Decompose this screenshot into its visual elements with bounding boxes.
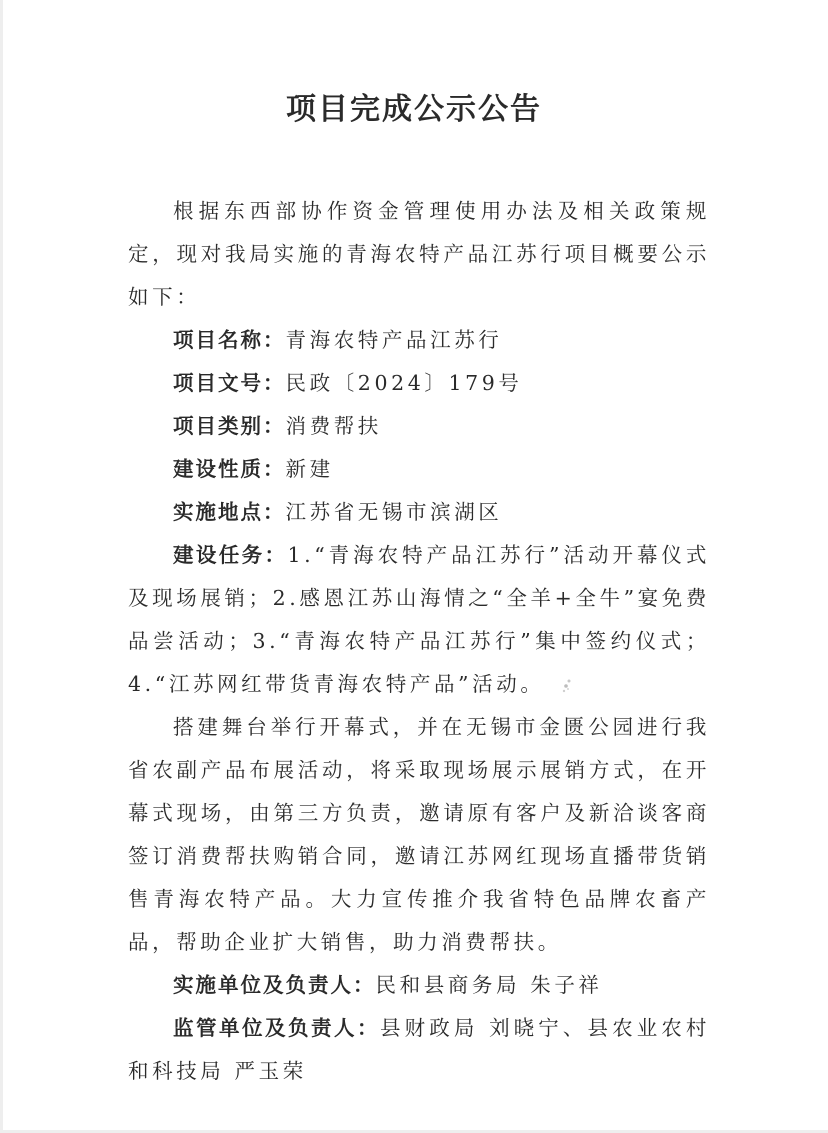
field-label: 实施地点： — [173, 500, 286, 524]
field-label: 建设任务： — [173, 543, 287, 567]
field-label: 项目名称： — [173, 328, 286, 352]
field-label: 建设性质： — [173, 457, 286, 481]
field-construction-tasks: 建设任务：1.“青海农特产品江苏行”活动开幕仪式及现场展销；2.感恩江苏山海情之… — [128, 534, 710, 706]
field-value: 民政〔2024〕179号 — [286, 371, 523, 395]
page-edge — [0, 0, 3, 1133]
field-implementing-unit: 实施单位及负责人：民和县商务局 朱子祥 — [128, 964, 710, 1007]
scan-smudge — [560, 678, 574, 696]
field-label: 项目文号： — [173, 371, 286, 395]
field-project-category: 项目类别：消费帮扶 — [128, 405, 710, 448]
field-label: 项目类别： — [173, 414, 286, 438]
field-label: 监管单位及负责人： — [173, 1016, 380, 1040]
document-body: 根据东西部协作资金管理使用办法及相关政策规定，现对我局实施的青海农特产品江苏行项… — [128, 190, 710, 1093]
field-value: 江苏省无锡市滨湖区 — [286, 500, 503, 524]
field-value: 新建 — [286, 457, 334, 481]
field-project-name: 项目名称：青海农特产品江苏行 — [128, 319, 710, 362]
field-supervising-unit: 监管单位及负责人：县财政局 刘晓宁、县农业农村和科技局 严玉荣 — [128, 1007, 710, 1093]
field-location: 实施地点：江苏省无锡市滨湖区 — [128, 491, 710, 534]
field-construction-nature: 建设性质：新建 — [128, 448, 710, 491]
document-title: 项目完成公示公告 — [0, 84, 828, 128]
field-value: 民和县商务局 朱子祥 — [376, 973, 603, 997]
field-value: 消费帮扶 — [286, 414, 382, 438]
intro-paragraph: 根据东西部协作资金管理使用办法及相关政策规定，现对我局实施的青海农特产品江苏行项… — [128, 190, 710, 319]
field-value: 青海农特产品江苏行 — [286, 328, 503, 352]
field-document-number: 项目文号：民政〔2024〕179号 — [128, 362, 710, 405]
field-label: 实施单位及负责人： — [173, 973, 376, 997]
description-paragraph: 搭建舞台举行开幕式，并在无锡市金匮公园进行我省农副产品布展活动，将采取现场展示展… — [128, 706, 710, 964]
